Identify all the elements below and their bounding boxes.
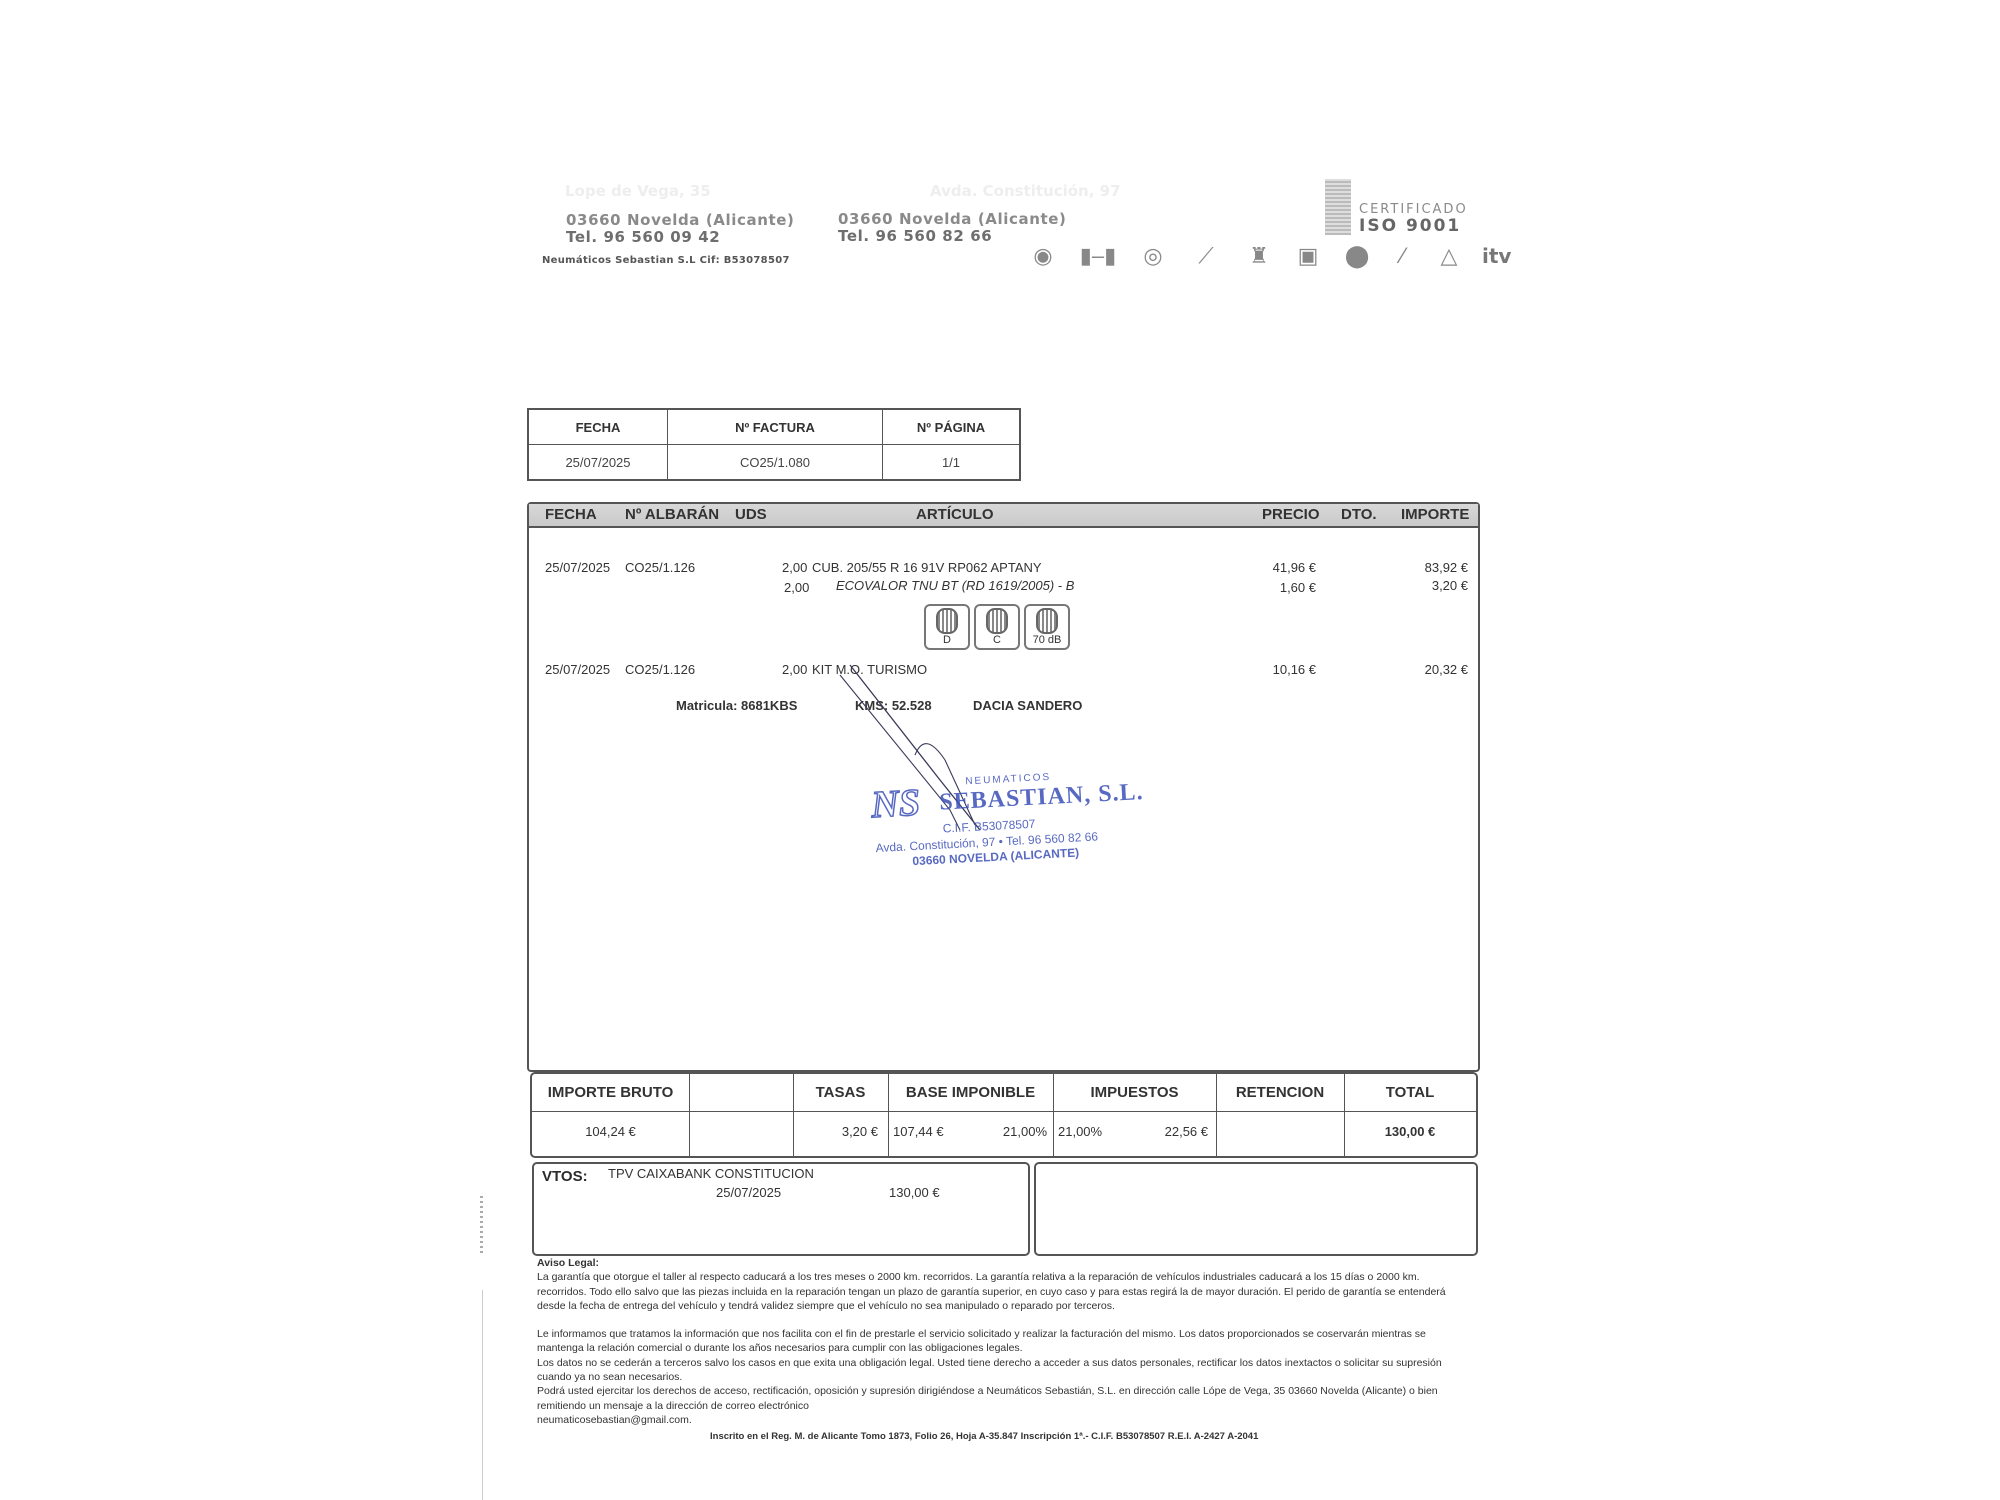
- iso-reg-stamp: [1325, 179, 1351, 235]
- stamp-logo: NS: [870, 781, 921, 827]
- battery-icon: ▣: [1292, 243, 1324, 269]
- company-cif: Neumáticos Sebastian S.L Cif: B53078507: [542, 255, 790, 266]
- row1-articulo: CUB. 205/55 R 16 91V RP062 APTANY: [812, 560, 1042, 575]
- legal-data-2: Los datos no se cederán a terceros salvo…: [537, 1356, 1462, 1385]
- invoice-info-table: FECHA Nº FACTURA Nº PÁGINA 25/07/2025 CO…: [527, 408, 1021, 481]
- col-dto: DTO.: [1341, 506, 1377, 523]
- branch-right-city: 03660 Novelda (Alicante): [838, 211, 1066, 228]
- notes-box: [1034, 1162, 1478, 1256]
- row1-precio: 41,96 €: [1240, 560, 1316, 575]
- service-icons: ◉ ▮‒▮ ◎ ⟋ ♜ ▣ ⬤ ⁄ △ itv: [1030, 243, 1511, 269]
- tire-icon: ◉: [1030, 243, 1056, 269]
- payment-date: 25/07/2025: [716, 1185, 781, 1200]
- totals-header-base: BASE IMPONIBLE: [888, 1084, 1053, 1101]
- totals-header-total: TOTAL: [1344, 1084, 1476, 1101]
- row3-uds: 2,00: [782, 662, 807, 677]
- row3-importe: 20,32 €: [1390, 662, 1468, 677]
- info-header-factura: Nº FACTURA: [668, 409, 883, 445]
- items-header: FECHA Nº ALBARÁN UDS ARTÍCULO PRECIO DTO…: [529, 504, 1478, 528]
- col-fecha: FECHA: [545, 506, 597, 523]
- invoice-date: 25/07/2025: [528, 445, 668, 481]
- impuestos-value: 22,56 €: [1132, 1124, 1208, 1139]
- row2-articulo: ECOVALOR TNU BT (RD 1619/2005) - B: [836, 578, 1074, 593]
- header-ghost-right: Avda. Constitución, 97: [930, 182, 1121, 200]
- eu-tire-label: D C 70 dB: [924, 604, 1070, 650]
- iso-line1: CERTIFICADO: [1359, 202, 1468, 217]
- divider: [532, 1111, 1476, 1112]
- totals-header-impuestos: IMPUESTOS: [1053, 1084, 1216, 1101]
- row1-uds: 2,00: [782, 560, 807, 575]
- row1-importe: 83,92 €: [1390, 560, 1468, 575]
- row1-fecha: 25/07/2025: [545, 560, 610, 575]
- row1-albaran: CO25/1.126: [625, 560, 695, 575]
- legal-title: Aviso Legal:: [537, 1256, 1462, 1270]
- branch-left-tel: Tel. 96 560 09 42: [566, 229, 794, 246]
- row2-importe: 3,20 €: [1390, 578, 1468, 593]
- base-imponible: 107,44 €: [893, 1124, 944, 1139]
- scan-mark: [480, 1196, 483, 1256]
- row2-uds: 2,00: [784, 580, 809, 595]
- page-number: 1/1: [883, 445, 1021, 481]
- col-precio: PRECIO: [1262, 506, 1320, 523]
- col-importe: IMPORTE: [1401, 506, 1469, 523]
- info-header-pagina: Nº PÁGINA: [883, 409, 1021, 445]
- totals-box: IMPORTE BRUTO TASAS BASE IMPONIBLE IMPUE…: [530, 1072, 1478, 1158]
- brake-disc-icon: ◎: [1140, 243, 1166, 269]
- payment-amount: 130,00 €: [889, 1185, 940, 1200]
- spark-plug-icon: ⁄: [1390, 243, 1416, 269]
- vehicle-plate: Matricula: 8681KBS: [676, 698, 797, 713]
- legal-email[interactable]: neumaticosebastian@gmail.com.: [537, 1413, 1462, 1427]
- col-albaran: Nº ALBARÁN: [625, 506, 719, 523]
- col-uds: UDS: [735, 506, 767, 523]
- wheel-icon: ⬤: [1344, 243, 1370, 269]
- iso-line2: ISO 9001: [1359, 216, 1461, 236]
- wiper-icon: ⟋: [1186, 243, 1226, 269]
- warning-triangle-icon: △: [1436, 243, 1462, 269]
- branch-left-city: 03660 Novelda (Alicante): [566, 212, 794, 229]
- row3-precio: 10,16 €: [1240, 662, 1316, 677]
- divider: [689, 1074, 690, 1156]
- legal-data-3: Podrá usted ejercitar los derechos de ac…: [537, 1384, 1462, 1413]
- col-articulo: ARTÍCULO: [916, 506, 994, 523]
- base-pct: 21,00%: [983, 1124, 1047, 1139]
- fuel-efficiency-icon: D: [924, 604, 970, 650]
- branch-right: 03660 Novelda (Alicante) Tel. 96 560 82 …: [838, 211, 1066, 245]
- legal-notice: Aviso Legal: La garantía que otorgue el …: [537, 1256, 1462, 1427]
- header-ghost-left: Lope de Vega, 35: [565, 182, 711, 200]
- totals-header-bruto: IMPORTE BRUTO: [532, 1084, 689, 1101]
- row3-fecha: 25/07/2025: [545, 662, 610, 677]
- registry-info: Inscrito en el Reg. M. de Alicante Tomo …: [710, 1431, 1258, 1442]
- info-header-fecha: FECHA: [528, 409, 668, 445]
- vtos-label: VTOS:: [542, 1168, 588, 1185]
- noise-icon: 70 dB: [1024, 604, 1070, 650]
- branch-left: 03660 Novelda (Alicante) Tel. 96 560 09 …: [566, 212, 794, 246]
- legal-data-1: Le informamos que tratamos la informació…: [537, 1327, 1462, 1356]
- vtos-box: VTOS: TPV CAIXABANK CONSTITUCION 25/07/2…: [532, 1162, 1030, 1256]
- legal-warranty: La garantía que otorgue el taller al res…: [537, 1270, 1462, 1313]
- impuestos-pct: 21,00%: [1058, 1124, 1102, 1139]
- totals-header-tasas: TASAS: [793, 1084, 888, 1101]
- row2-precio: 1,60 €: [1240, 580, 1316, 595]
- totals-header-retencion: RETENCION: [1216, 1084, 1344, 1101]
- wet-grip-icon: C: [974, 604, 1020, 650]
- tasas-value: 3,20 €: [793, 1124, 878, 1139]
- scan-edge: [482, 1290, 483, 1500]
- total-value: 130,00 €: [1344, 1124, 1476, 1139]
- importe-bruto: 104,24 €: [532, 1124, 689, 1139]
- itv-logo: itv: [1482, 244, 1511, 268]
- payment-method: TPV CAIXABANK CONSTITUCION: [608, 1166, 814, 1181]
- row3-albaran: CO25/1.126: [625, 662, 695, 677]
- axle-icon: ▮‒▮: [1076, 243, 1120, 269]
- exhaust-icon: ♜: [1246, 243, 1272, 269]
- invoice-number: CO25/1.080: [668, 445, 883, 481]
